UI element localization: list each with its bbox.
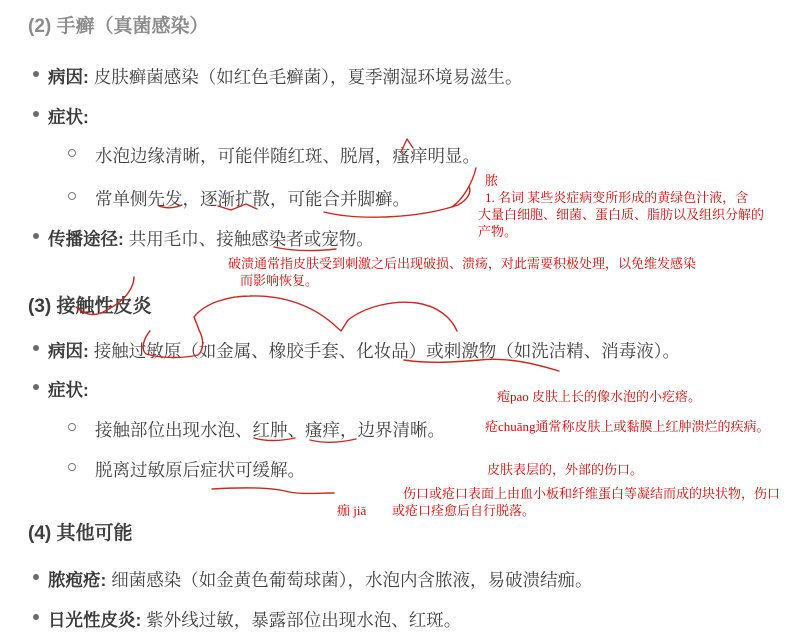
annotation-surface-wound-definition: 皮肤表层的，外部的伤口。 bbox=[487, 461, 643, 478]
bullet-dot-icon bbox=[33, 384, 39, 390]
list-item: 脓疱疮: 细菌感染（如金黄色葡萄球菌），水泡内含脓液，易破溃结痂。 bbox=[48, 567, 592, 592]
bullet-circle-icon bbox=[68, 463, 76, 471]
bullet-dot-icon bbox=[33, 233, 39, 239]
bullet-dot-icon bbox=[33, 71, 39, 77]
annotation-chuang-definition: 疮chuāng通常称皮肤上或黏膜上红肿溃烂的疾病。 bbox=[485, 418, 770, 435]
annotation-pao-definition: 疱pao 皮肤上长的像水泡的小疙瘩。 bbox=[497, 388, 701, 405]
item-text: 脱离过敏原后症状可缓解。 bbox=[95, 460, 305, 480]
annotation-nong-definition: 脓 1. 名词 某些炎症病变所形成的黄绿色汁液，含 大量白细胞、细菌、蛋白质、脂… bbox=[478, 172, 764, 240]
list-item: 病因: 接触过敏原（如金属、橡胶手套、化妆品）或刺激物（如洗洁精、消毒液）。 bbox=[48, 338, 680, 363]
annotation-line: 脓 bbox=[478, 172, 764, 189]
item-label: 症状: bbox=[48, 107, 89, 127]
annotation-jia-definition-line2: 或疮口痊愈后自行脱落。 bbox=[392, 502, 535, 519]
item-label: 病因: bbox=[48, 67, 89, 87]
annotation-line: 大量白细胞、细菌、蛋白质、脂肪以及组织分解的 bbox=[478, 206, 764, 223]
annotation-jia-word: 痂 jiā bbox=[337, 502, 366, 519]
section-heading-2: (2) 手癣（真菌感染） bbox=[28, 11, 209, 38]
list-item: 传播途径: 共用毛巾、接触感染者或宠物。 bbox=[48, 226, 374, 251]
bullet-dot-icon bbox=[33, 345, 39, 351]
notes-document: (2) 手癣（真菌感染） (3) 接触性皮炎 (4) 其他可能 病因: 皮肤癣菌… bbox=[0, 0, 794, 641]
bullet-dot-icon bbox=[33, 614, 39, 620]
annotation-jia-definition-line1: 伤口或疮口表面上由血小板和纤维蛋白等凝结而成的块状物，伤口 bbox=[403, 485, 780, 502]
item-text: 皮肤癣菌感染（如红色毛癣菌），夏季潮湿环境易滋生。 bbox=[94, 67, 523, 87]
list-subitem: 脱离过敏原后症状可缓解。 bbox=[95, 457, 305, 482]
list-item: 症状: bbox=[48, 377, 89, 402]
annotation-line: 而影响恢复。 bbox=[228, 272, 696, 289]
annotation-line: 1. 名词 某些炎症病变所形成的黄绿色汁液，含 bbox=[478, 189, 764, 206]
list-item: 病因: 皮肤癣菌感染（如红色毛癣菌），夏季潮湿环境易滋生。 bbox=[48, 64, 522, 89]
annotation-line: 破溃通常指皮肤受到刺激之后出现破损、溃疡，对此需要积极处理，以免维发感染 bbox=[228, 255, 696, 272]
item-text: 常单侧先发，逐渐扩散，可能合并脚癣。 bbox=[95, 189, 410, 209]
bullet-dot-icon bbox=[33, 574, 39, 580]
item-text: 接触部位出现水泡、红肿、瘙痒，边界清晰。 bbox=[95, 420, 445, 440]
bullet-circle-icon bbox=[68, 423, 76, 431]
bullet-circle-icon bbox=[68, 192, 76, 200]
item-label: 症状: bbox=[48, 380, 89, 400]
list-item: 日光性皮炎: 紫外线过敏，暴露部位出现水泡、红斑。 bbox=[48, 607, 461, 632]
list-item: 症状: bbox=[48, 104, 89, 129]
list-subitem: 接触部位出现水泡、红肿、瘙痒，边界清晰。 bbox=[95, 417, 445, 442]
item-text: 接触过敏原（如金属、橡胶手套、化妆品）或刺激物（如洗洁精、消毒液）。 bbox=[94, 341, 680, 361]
item-text: 水泡边缘清晰，可能伴随红斑、脱屑，瘙痒明显。 bbox=[95, 146, 480, 166]
bullet-circle-icon bbox=[68, 149, 76, 157]
item-label: 传播途径: bbox=[48, 229, 124, 249]
pen-underline-huanjie bbox=[212, 488, 334, 494]
item-text: 紫外线过敏，暴露部位出现水泡、红斑。 bbox=[146, 610, 461, 630]
item-text: 共用毛巾、接触感染者或宠物。 bbox=[129, 229, 374, 249]
list-subitem: 常单侧先发，逐渐扩散，可能合并脚癣。 bbox=[95, 186, 410, 211]
section-heading-4: (4) 其他可能 bbox=[28, 518, 133, 545]
item-text: 细菌感染（如金黄色葡萄球菌），水泡内含脓液，易破溃结痂。 bbox=[111, 570, 592, 590]
annotation-pokui-definition: 破溃通常指皮肤受到刺激之后出现破损、溃疡，对此需要积极处理，以免维发感染 而影响… bbox=[228, 255, 696, 289]
item-label: 日光性皮炎: bbox=[48, 610, 141, 630]
list-subitem: 水泡边缘清晰，可能伴随红斑、脱屑，瘙痒明显。 bbox=[95, 143, 480, 168]
item-label: 病因: bbox=[48, 341, 89, 361]
annotation-line: 产物。 bbox=[478, 223, 764, 240]
pen-arc-over-bingyin-line bbox=[194, 296, 457, 331]
bullet-dot-icon bbox=[33, 111, 39, 117]
item-label: 脓疱疮: bbox=[48, 570, 106, 590]
section-heading-3: (3) 接触性皮炎 bbox=[28, 291, 152, 318]
pen-flick-jiaoxuan bbox=[452, 168, 476, 207]
